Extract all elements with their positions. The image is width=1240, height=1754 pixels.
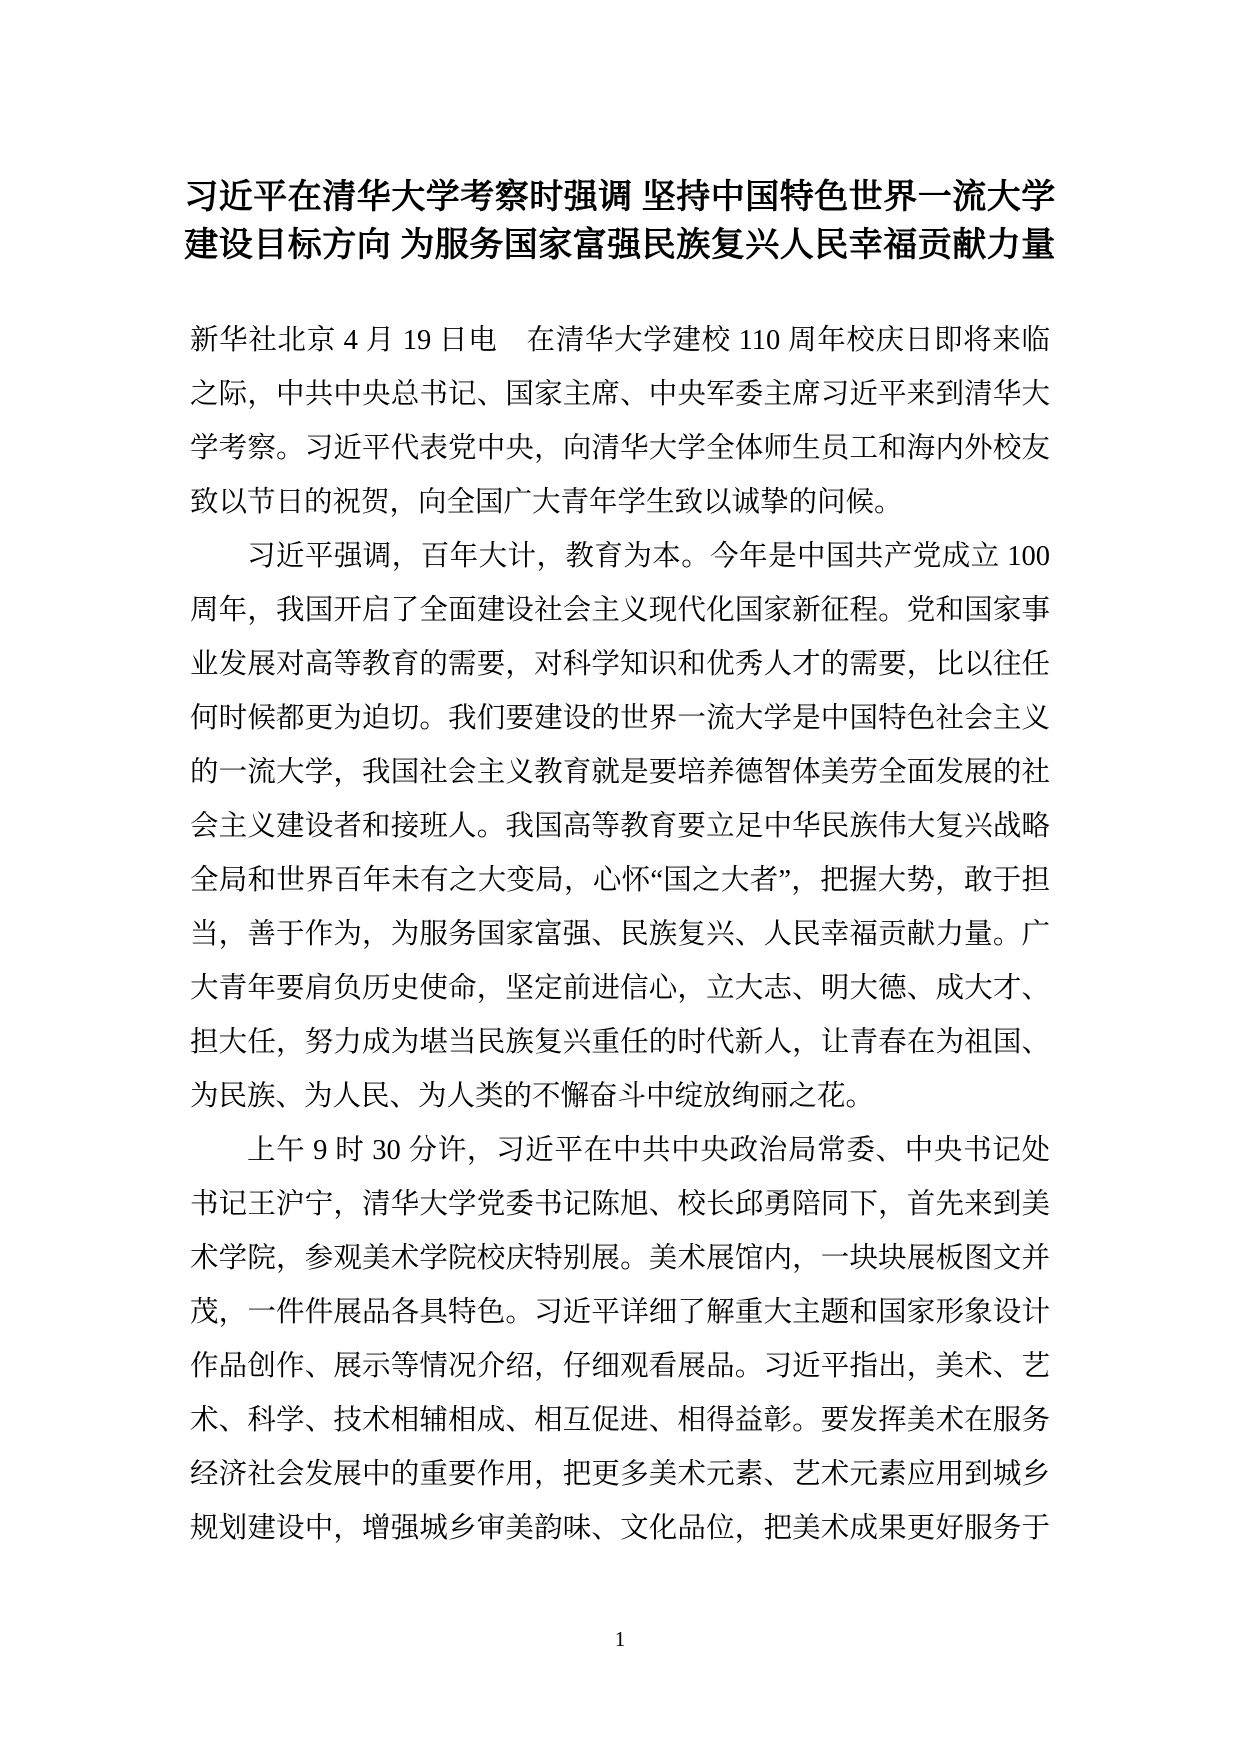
title-line-1: 习近平在清华大学考察时强调 坚持中国特色世界一流大学 [170,174,1070,222]
page-number: 1 [0,1626,1240,1652]
paragraph-dateline: 新华社北京 4 月 19 日电 在清华大学建校 110 周年校庆日即将来临之际，… [190,314,1050,530]
document-body: 新华社北京 4 月 19 日电 在清华大学建校 110 周年校庆日即将来临之际，… [190,314,1050,1556]
title-line-2: 建设目标方向 为服务国家富强民族复兴人民幸福贡献力量 [170,222,1070,270]
document-page: 习近平在清华大学考察时强调 坚持中国特色世界一流大学 建设目标方向 为服务国家富… [0,0,1240,1754]
paragraph-3: 上午 9 时 30 分许，习近平在中共中央政治局常委、中央书记处书记王沪宁，清华… [190,1124,1050,1556]
document-title: 习近平在清华大学考察时强调 坚持中国特色世界一流大学 建设目标方向 为服务国家富… [170,174,1070,270]
paragraph-2: 习近平强调，百年大计，教育为本。今年是中国共产党成立 100 周年，我国开启了全… [190,530,1050,1124]
